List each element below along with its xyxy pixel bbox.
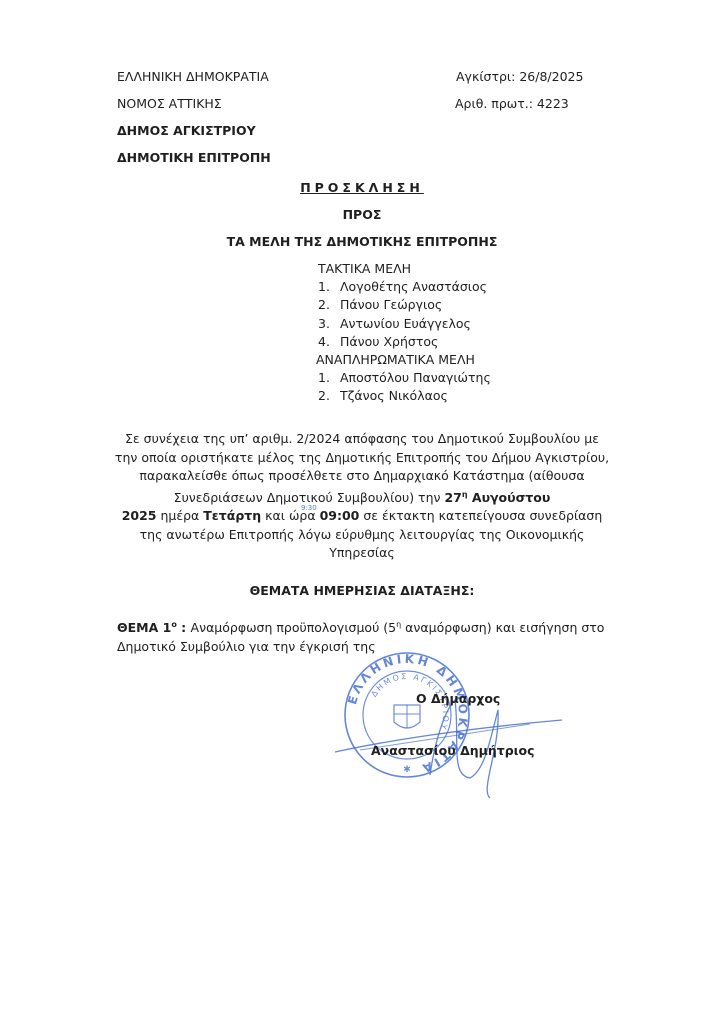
body-text: Συνεδριάσεων Δημοτικού Συμβουλίου) την	[174, 490, 445, 505]
member-name: Πάνου Γεώργιος	[340, 297, 442, 312]
topic-label: ΘΕΜΑ 1ο :	[117, 620, 191, 635]
day-number: 27	[444, 490, 461, 505]
header-committee: ΔΗΜΟΤΙΚΗ ΕΠΙΤΡΟΠΗ	[117, 150, 271, 165]
member-name: Πάνου Χρήστος	[340, 334, 438, 349]
list-item: 4.Πάνου Χρήστος	[318, 333, 491, 351]
topic-colon: :	[177, 620, 191, 635]
body-line: την οποία οριστήκατε μέλος της Δημοτικής…	[0, 449, 724, 468]
body-line: παρακαλείσθε όπως προσέλθετε στο Δημαρχι…	[0, 467, 724, 486]
regular-members-heading: ΤΑΚΤΙΚΑ ΜΕΛΗ	[318, 260, 491, 278]
item-number: 2.	[318, 387, 340, 405]
place-date: Αγκίστρι: 26/8/2025	[456, 69, 583, 84]
body-line: Υπηρεσίας	[0, 544, 724, 563]
to-label: ΠΡΟΣ	[0, 207, 724, 222]
list-item: 3.Αντωνίου Ευάγγελος	[318, 315, 491, 333]
recipients-heading: ΤΑ ΜΕΛΗ ΤΗΣ ΔΗΜΟΤΙΚΗΣ ΕΠΙΤΡΟΠΗΣ	[0, 234, 724, 249]
header-prefecture: ΝΟΜΟΣ ΑΤΤΙΚΗΣ	[117, 96, 222, 111]
member-name: Αποστόλου Παναγιώτης	[340, 370, 491, 385]
body-text: σε έκτακτη κατεπείγουσα συνεδρίαση	[359, 508, 602, 523]
meeting-weekday: Τετάρτη	[203, 508, 261, 523]
body-line: της ανωτέρω Επιτροπής λόγω εύρυθμης λειτ…	[0, 526, 724, 545]
list-item: 2.Τζάνος Νικόλαος	[318, 387, 491, 405]
item-number: 1.	[318, 278, 340, 296]
agenda-heading: ΘΕΜΑΤΑ ΗΜΕΡΗΣΙΑΣ ΔΙΑΤΑΞΗΣ:	[0, 583, 724, 598]
handwritten-note: 9:30	[301, 504, 317, 512]
list-item: 1.Αποστόλου Παναγιώτης	[318, 369, 491, 387]
meeting-time: 09:00	[320, 508, 360, 523]
header-country: ΕΛΛΗΝΙΚΗ ΔΗΜΟΚΡΑΤΙΑ	[117, 69, 269, 84]
body-line: Συνεδριάσεων Δημοτικού Συμβουλίου) την 2…	[0, 486, 724, 508]
member-name: Αντωνίου Ευάγγελος	[340, 316, 471, 331]
item-number: 2.	[318, 296, 340, 314]
alternate-members-heading: ΑΝΑΠΛΗΡΩΜΑΤΙΚΑ ΜΕΛΗ	[316, 351, 491, 369]
signatory-name: Αναστασίου Δημήτριος	[371, 743, 535, 758]
body-line: 2025 ημέρα Τετάρτη και ώρα 09:00 σε έκτα…	[0, 507, 724, 526]
body-text: ημέρα	[157, 508, 204, 523]
item-number: 3.	[318, 315, 340, 333]
topic-number: ΘΕΜΑ 1	[117, 620, 171, 635]
protocol-number: Αριθ. πρωτ.: 4223	[455, 96, 569, 111]
list-item: 1.Λογοθέτης Αναστάσιος	[318, 278, 491, 296]
meeting-year: 2025	[122, 508, 157, 523]
members-list: ΤΑΚΤΙΚΑ ΜΕΛΗ 1.Λογοθέτης Αναστάσιος 2.Πά…	[318, 260, 491, 406]
meeting-day: 27η Αυγούστου	[444, 490, 550, 505]
invitation-title: ΠΡΟΣΚΛΗΣΗ	[0, 180, 724, 195]
item-number: 4.	[318, 333, 340, 351]
member-name: Λογοθέτης Αναστάσιος	[340, 279, 487, 294]
item-number: 1.	[318, 369, 340, 387]
list-item: 2.Πάνου Γεώργιος	[318, 296, 491, 314]
member-name: Τζάνος Νικόλαος	[340, 388, 448, 403]
topic-text: αναμόρφωση) και εισήγηση στο	[401, 620, 604, 635]
topic-line: ΘΕΜΑ 1ο : Αναμόρφωση προϋπολογισμού (5η …	[117, 616, 604, 638]
header-municipality: ΔΗΜΟΣ ΑΓΚΙΣΤΡΙΟΥ	[117, 123, 256, 138]
meeting-month: Αυγούστου	[468, 490, 551, 505]
topic-text: Αναμόρφωση προϋπολογισμού (5	[191, 620, 397, 635]
body-line: Σε συνέχεια της υπ’ αριθμ. 2/2024 απόφασ…	[0, 430, 724, 449]
body-paragraph: Σε συνέχεια της υπ’ αριθμ. 2/2024 απόφασ…	[0, 430, 724, 563]
signatory-role: Ο Δήμαρχος	[416, 691, 500, 706]
